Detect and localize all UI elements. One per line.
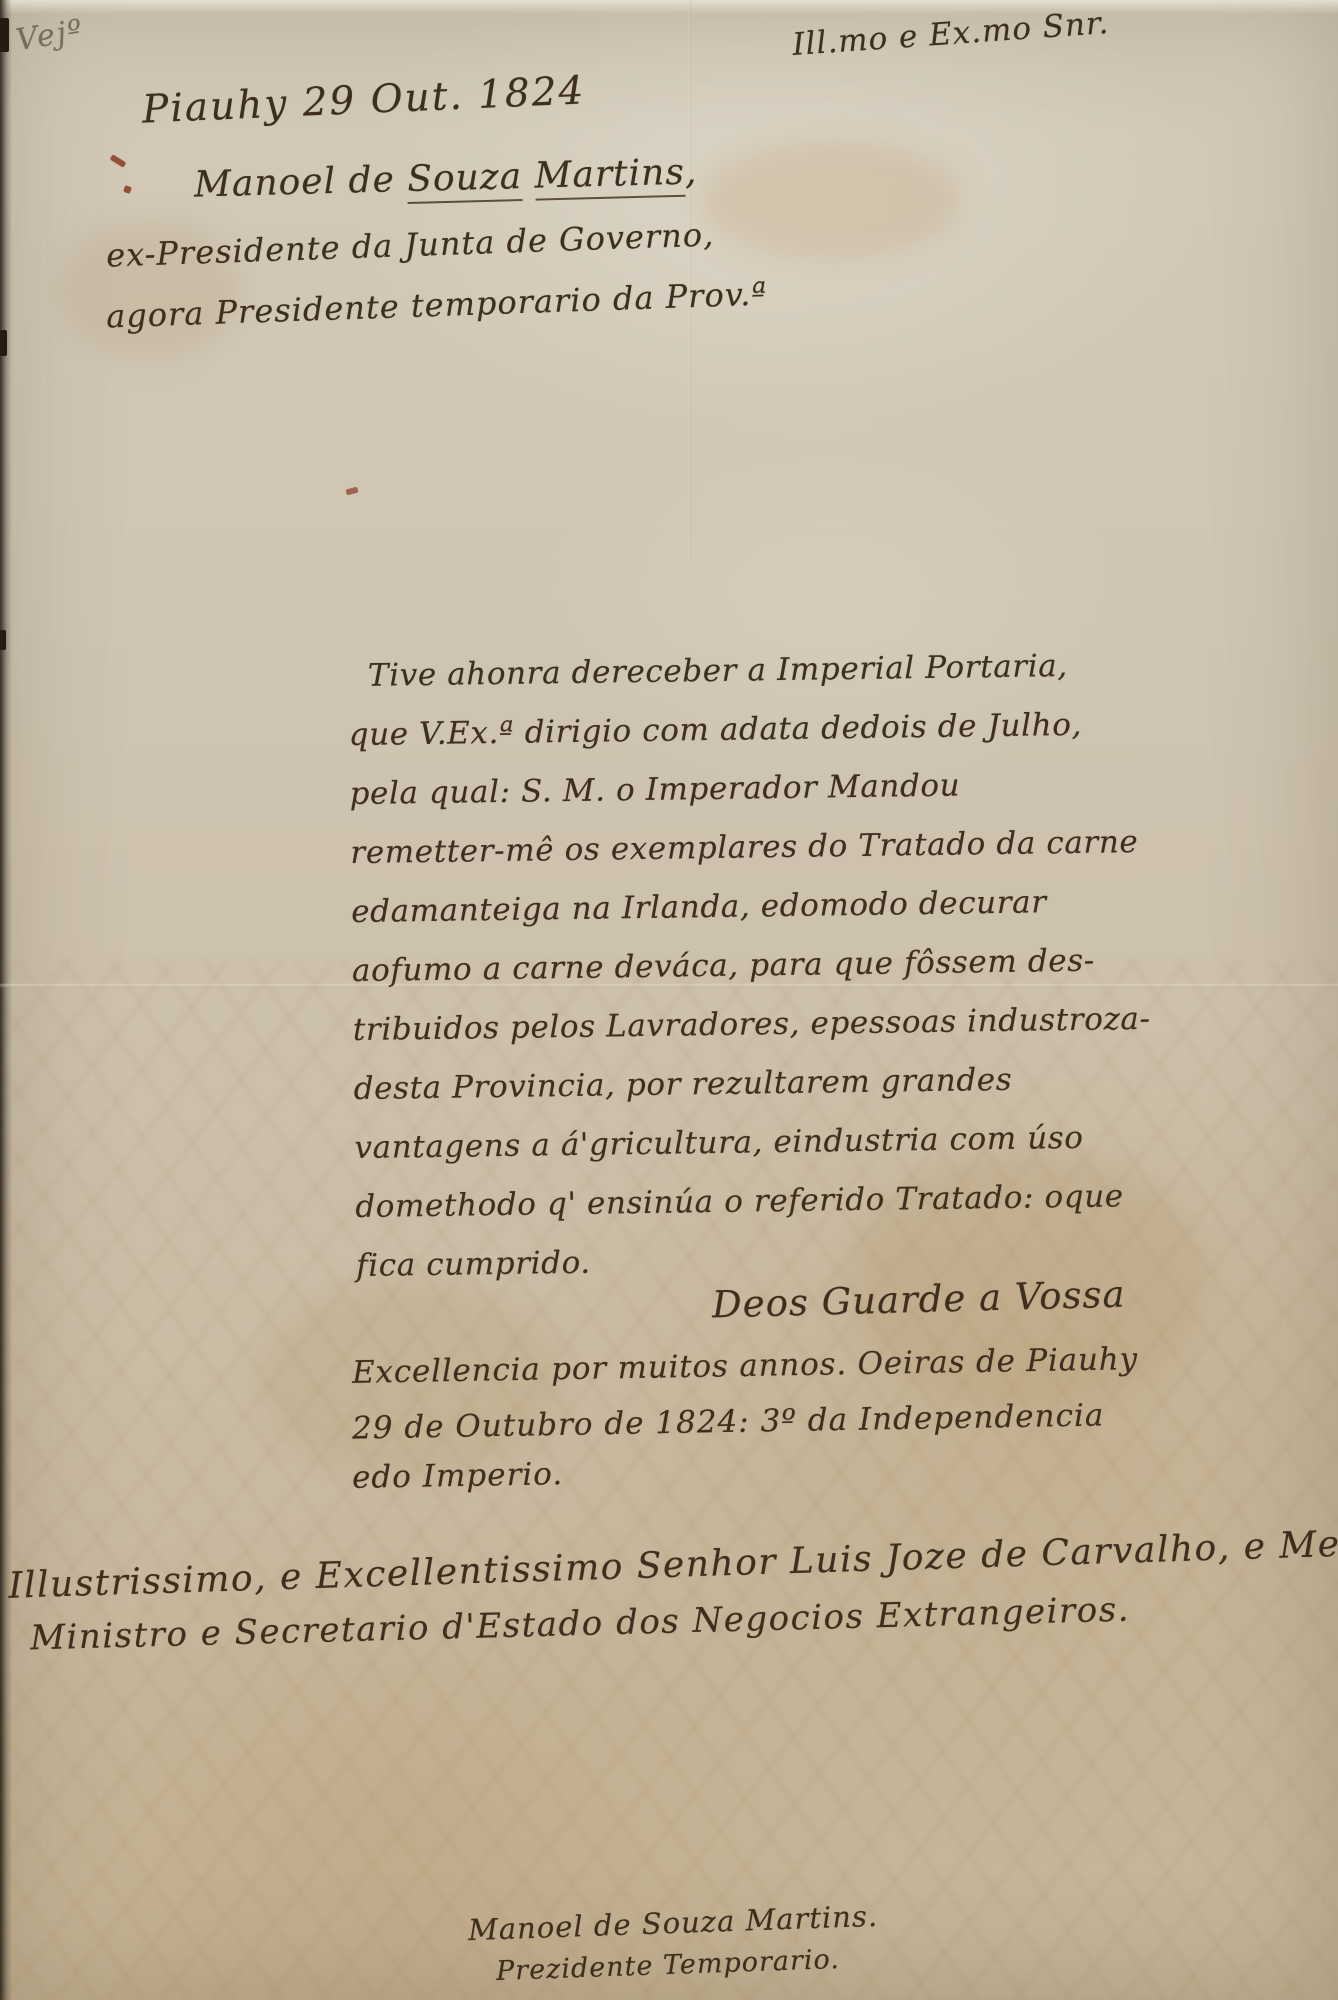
manuscript-page: Vejº Ill.mo e Ex.mo Snr. Piauhy 29 Out. …: [0, 0, 1338, 2000]
valediction-line: Excellencia por muitos annos. Oeiras de …: [352, 1341, 1138, 1391]
paper-top-edge-highlight: [0, 0, 1338, 14]
binding-notch: [0, 630, 6, 650]
valediction-date-line: 29 de Outubro de 1824: 3º da Independenc…: [352, 1397, 1105, 1446]
body-line: domethodo q' ensinúa o referido Tratado:…: [355, 1168, 1076, 1237]
body-line: remetter-mê os exemplares do Tratado da …: [350, 814, 1071, 883]
sender-former-title: ex-Presidente da Junta de Governo,: [106, 215, 715, 274]
signature-title: Prezidente Temporario.: [496, 1944, 841, 1987]
body-line: que V.Ex.ª dirigio com adata dedois de J…: [348, 696, 1069, 765]
valediction-line: edo Imperio.: [352, 1456, 564, 1496]
dateline: Piauhy 29 Out. 1824: [141, 68, 586, 132]
red-ink-dash: [110, 154, 127, 168]
signature-name: Manoel de Souza Martins.: [468, 1899, 879, 1947]
red-ink-dash: [345, 487, 358, 496]
body-line: desta Provincia, por rezultarem grandes: [353, 1050, 1074, 1119]
letter-body: Tive ahonra dereceber a Imperial Portari…: [348, 637, 1077, 1296]
registry-annotation: Vejº: [14, 13, 87, 58]
binding-notch: [0, 330, 7, 356]
sender-surname-underlined: Martins: [534, 152, 685, 201]
ink-bleed-stain: [700, 140, 960, 260]
body-line: edamanteiga na Irlanda, edomodo decurar: [351, 873, 1072, 942]
sender-surname-underlined: Souza: [407, 156, 523, 204]
addressee-name-line: Illustrissimo, e Excellentissimo Senhor …: [8, 1522, 1338, 1606]
sender-name-plain: Manoel de: [194, 159, 408, 206]
sender-name-line: Manoel de Souza Martins,: [194, 151, 698, 205]
body-line: Tive ahonra dereceber a Imperial Portari…: [348, 637, 1069, 706]
body-line: aofumo a carne deváca, para que fôssem d…: [352, 932, 1073, 1001]
red-ink-dot: [123, 185, 132, 194]
body-line: tribuidos pelos Lavradores, epessoas ind…: [352, 991, 1073, 1060]
binding-shadow-left-edge: [0, 0, 12, 2000]
body-line: vantagens a á'gricultura, eindustria com…: [354, 1109, 1075, 1178]
sender-name-comma: ,: [684, 151, 698, 192]
binding-notch: [0, 18, 9, 52]
sender-current-title: agora Presidente temporario da Prov.ª: [106, 274, 768, 335]
body-line: pela qual: S. M. o Imperador Mandou: [349, 755, 1070, 824]
